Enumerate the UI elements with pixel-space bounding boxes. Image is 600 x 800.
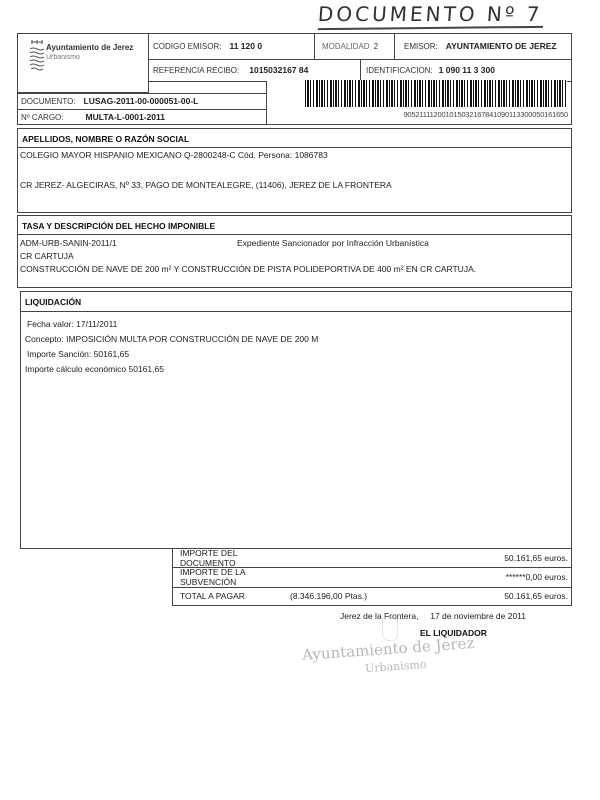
totals-label: IMPORTE DE LA SUBVENCIÓN (180, 567, 290, 587)
totals-label: TOTAL A PAGAR (180, 591, 290, 601)
annotation-underline (318, 26, 543, 30)
totals-row: IMPORTE DE LA SUBVENCIÓN******0,00 euros… (172, 567, 572, 586)
importe-sancion: Importe Sanción: 50161,65 (27, 349, 129, 359)
emisor-cell: EMISOR: AYUNTAMIENTO DE JEREZ (394, 33, 572, 59)
concepto: Concepto: IMPOSICIÓN MULTA POR CONSTRUCC… (25, 334, 318, 344)
emisor-label: EMISOR: (404, 42, 438, 51)
divider (266, 81, 267, 125)
codigo-emisor-cell: CODIGO EMISOR: 11 120 0 (149, 33, 314, 59)
razon-social-address: CR JEREZ- ALGECIRAS, Nº 33, PAGO DE MONT… (20, 180, 392, 190)
referencia-cell: REFERENCIA RECIBO: 1015032167 84 (149, 59, 359, 81)
codigo-emisor-value: 11 120 0 (229, 41, 262, 51)
tasa-place: CR CARTUJA (20, 251, 74, 261)
modalidad-label: MODALIDAD (322, 42, 370, 51)
tasa-description: CONSTRUCCIÓN DE NAVE DE 200 m² Y CONSTRU… (20, 264, 476, 274)
tasa-title: TASA Y DESCRIPCIÓN DEL HECHO IMPONIBLE (22, 221, 215, 231)
modalidad-value: 2 (374, 42, 378, 51)
cargo-value: MULTA-L-0001-2011 (85, 112, 165, 122)
identificacion-value: 1 090 11 3 300 (439, 65, 495, 75)
barcode (305, 80, 567, 107)
totals-value: 50.161,65 euros. (504, 591, 568, 601)
referencia-value: 1015032167 84 (249, 65, 308, 75)
razon-social-name: COLEGIO MAYOR HISPANIO MEXICANO Q-280024… (20, 150, 328, 160)
totals-value: ******0,00 euros. (506, 572, 568, 582)
divider (20, 311, 572, 312)
identificacion-cell: IDENTIFICACION: 1 090 11 3 300 (360, 59, 572, 81)
documento-value: LUSAG-2011-00-000051-00-L (84, 96, 199, 106)
fecha-valor: Fecha valor: 17/11/2011 (27, 319, 117, 329)
referencia-label: REFERENCIA RECIBO: (153, 66, 239, 75)
coat-of-arms-icon (28, 40, 46, 76)
logo-subtitle: Urbanismo (46, 54, 80, 61)
tasa-code: ADM-URB-SANIN-2011/1 (20, 238, 117, 248)
totals-extra: (8.346.196,00 Ptas.) (290, 591, 367, 601)
place-date: Jerez de la Frontera, 17 de noviembre de… (340, 611, 526, 621)
totals-row: TOTAL A PAGAR(8.346.196,00 Ptas.)50.161,… (172, 587, 572, 606)
barcode-number: 9052111120010150321678410901133000501616… (403, 110, 568, 119)
cargo-cell: Nº CARGO: MULTA-L-0001-2011 (17, 109, 266, 125)
tasa-expediente: Expediente Sancionador por Infracción Ur… (237, 238, 429, 248)
stamp-line2: Urbanismo (365, 658, 427, 675)
modalidad-cell: MODALIDAD 2 (314, 33, 394, 59)
liquidacion-section (20, 291, 572, 549)
totals-value: 50.161,65 euros. (504, 553, 568, 563)
divider (17, 147, 572, 148)
divider (149, 81, 266, 82)
razon-social-title: APELLIDOS, NOMBRE O RAZÓN SOCIAL (22, 134, 189, 144)
identificacion-label: IDENTIFICACION: (366, 66, 433, 75)
totals-row: IMPORTE DEL DOCUMENTO50.161,65 euros. (172, 548, 572, 567)
cargo-label: Nº CARGO: (21, 113, 63, 122)
handwritten-annotation: DOCUMENTO Nº 7 (317, 2, 543, 26)
codigo-emisor-label: CODIGO EMISOR: (153, 42, 221, 51)
divider (17, 234, 572, 235)
stamp-emblem-icon (382, 617, 398, 641)
documento-label: DOCUMENTO: (21, 97, 76, 106)
importe-calculo: Importe cálculo económico 50161,65 (25, 364, 164, 374)
liquidacion-title: LIQUIDACIÓN (25, 297, 81, 307)
totals-label: IMPORTE DEL DOCUMENTO (180, 548, 290, 568)
emisor-value: AYUNTAMIENTO DE JEREZ (446, 41, 557, 51)
documento-cell: DOCUMENTO: LUSAG-2011-00-000051-00-L (17, 93, 266, 109)
logo-name: Ayuntamiento de Jerez (46, 43, 133, 52)
